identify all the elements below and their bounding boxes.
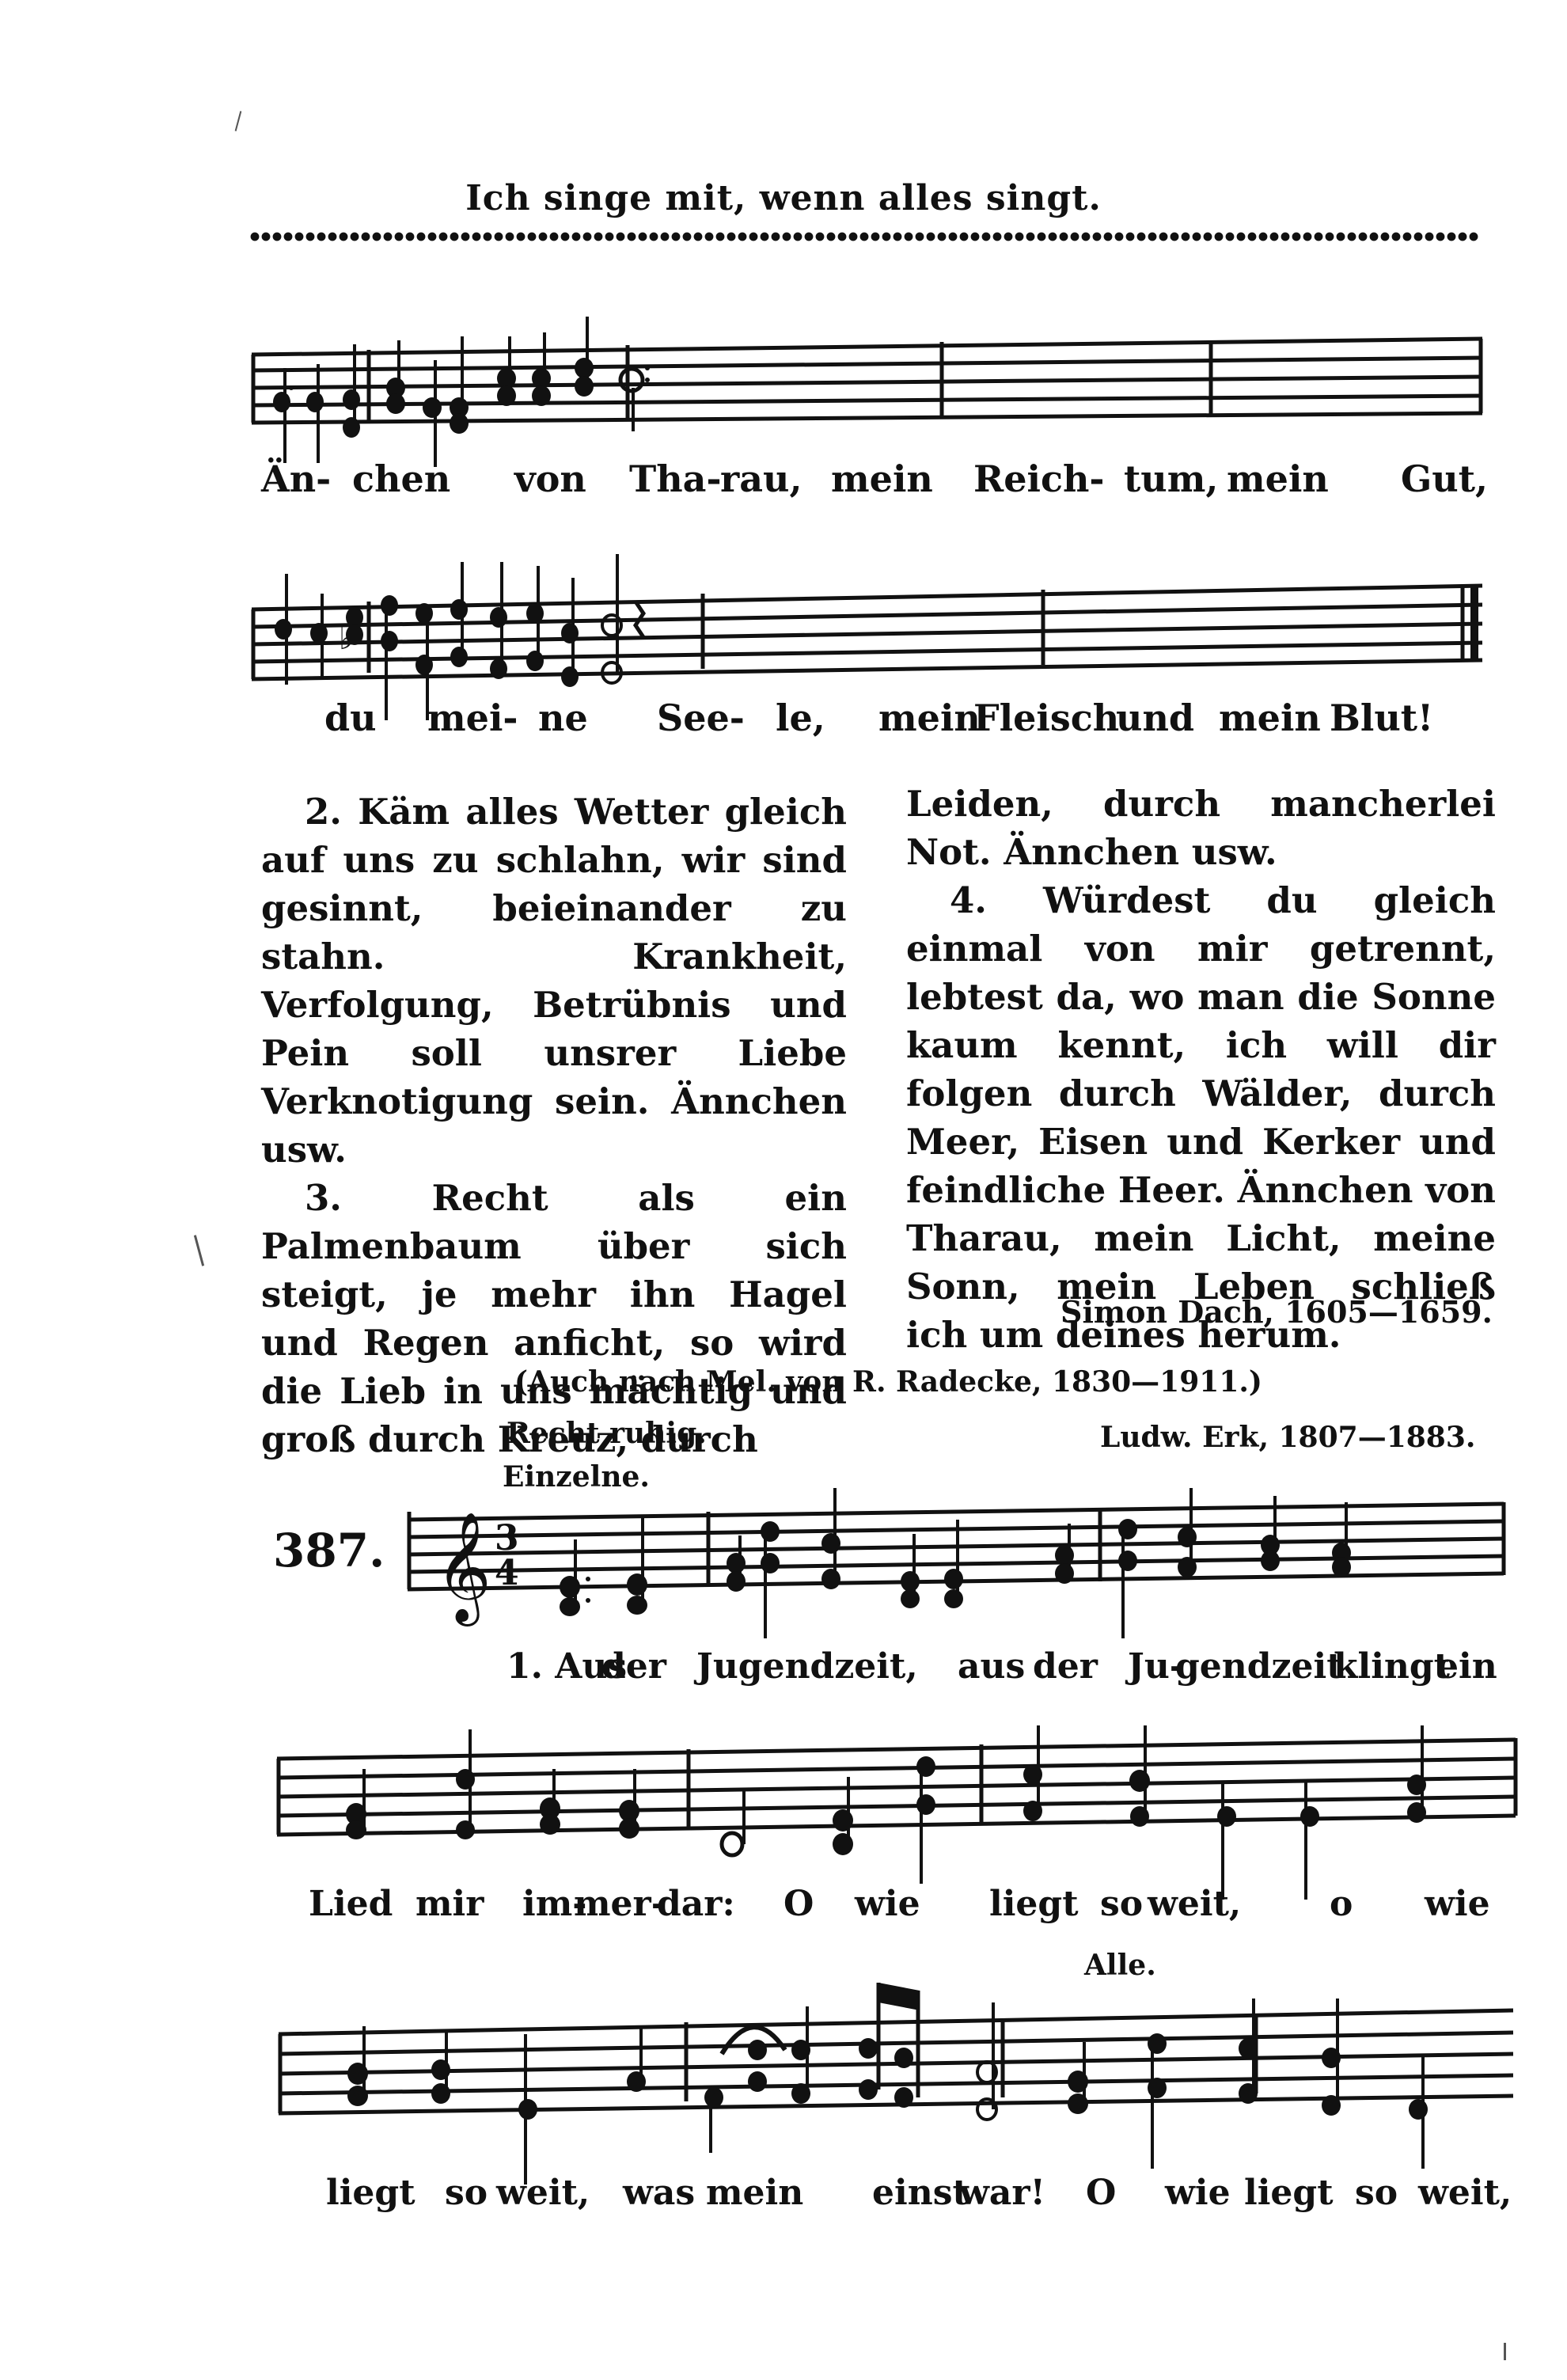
lyrics-387-line-1: 1. Aus der Jugendzeit, aus der Ju- gendz…: [507, 1646, 1520, 1694]
performance-instruction-all: Alle.: [1084, 1949, 1156, 1982]
lyric-syllable: war!: [959, 2173, 1045, 2213]
lyric-syllable: liegt: [1244, 2173, 1334, 2213]
lyric-syllable: einst: [872, 2173, 969, 2213]
tempo-marking: Recht ruhig.: [507, 1417, 707, 1450]
verse-text: Käm alles Wetter gleich auf uns zu schla…: [261, 791, 847, 1171]
page-header: Ich singe mit, wenn alles singt.: [0, 178, 1567, 218]
verse-4: 4. Würdest du gleich einmal von mir getr…: [906, 876, 1496, 1359]
music-staff-386-system-1: [252, 325, 1486, 451]
lyric-syllable: Lied: [309, 1884, 393, 1924]
dotted-divider: [249, 230, 1480, 244]
lyrics-387-line-2: Lied mir im- mer- dar: O wie liegt so we…: [309, 1884, 1527, 1931]
lyric-syllable: weit,: [1148, 1884, 1241, 1924]
lyric-syllable: tum,: [1124, 457, 1218, 500]
lyric-syllable: gendzeit: [1175, 1646, 1343, 1687]
lyric-syllable: Blut!: [1330, 697, 1433, 739]
lyrics-386-line-1: Än- chen von Tha- rau, mein Reich- tum, …: [261, 457, 1496, 505]
verse-number: 3.: [305, 1177, 342, 1219]
lyric-syllable: wie: [1165, 2173, 1231, 2213]
music-staff-387-system-2: [277, 1725, 1527, 1884]
lyric-syllable: ne: [538, 697, 588, 739]
lyric-syllable: Gut,: [1401, 457, 1488, 500]
lyric-syllable: See-: [657, 697, 745, 739]
lyric-syllable: mein: [1219, 697, 1321, 739]
lyric-syllable: so: [1355, 2173, 1398, 2213]
lyricist-attribution: Simon Dach, 1605—1659.: [1060, 1294, 1493, 1330]
alternate-melody-note: (Auch nach Mel. von R. Radecke, 1830—191…: [514, 1365, 1262, 1399]
music-staff-387-system-3: [279, 1979, 1545, 2161]
lyric-syllable: O: [1086, 2173, 1116, 2213]
lyric-syllable: mein: [878, 697, 981, 739]
lyric-syllable: aus: [958, 1646, 1025, 1687]
lyrics-387-line-3: liegt so weit, was mein einst war! O wie…: [326, 2173, 1545, 2220]
lyrics-386-line-2: du mei- ne See- le, mein Fleisch und mei…: [324, 697, 1512, 744]
music-staff-387-system-1: 𝄞 3 4: [408, 1488, 1516, 1638]
verse-3-continued: Leiden, durch mancherlei Not. Ännchen us…: [906, 780, 1496, 876]
lyric-syllable: von: [514, 457, 586, 500]
lyric-syllable: wie: [1425, 1884, 1490, 1924]
lyric-syllable: mir: [415, 1884, 484, 1924]
verse-number: 4.: [950, 879, 987, 921]
lyric-syllable: Fleisch: [973, 697, 1119, 739]
lyric-syllable: mei-: [427, 697, 518, 739]
verse-2: 2. Käm alles Wetter gleich auf uns zu sc…: [261, 788, 847, 1174]
lyric-syllable: liegt: [989, 1884, 1079, 1924]
verse-number: 2.: [305, 791, 342, 833]
verse-text: Leiden, durch mancherlei Not. Ännchen us…: [906, 783, 1496, 873]
lyric-syllable: liegt: [326, 2173, 415, 2213]
lyric-syllable: dar:: [657, 1884, 735, 1924]
song-number: 387.: [273, 1524, 385, 1577]
lyric-syllable: der: [1033, 1646, 1098, 1687]
lyric-syllable: was: [623, 2173, 695, 2213]
lyric-syllable: so: [1100, 1884, 1143, 1924]
lyric-syllable: Tha-: [629, 457, 722, 500]
lyric-syllable: Jugendzeit,: [696, 1646, 918, 1687]
lyric-syllable: du: [324, 697, 377, 739]
lyric-syllable: chen: [352, 457, 450, 500]
lyric-syllable: Än-: [261, 457, 331, 500]
svg-text:𝄞: 𝄞: [435, 1512, 491, 1627]
lyric-syllable: weit,: [1418, 2173, 1512, 2213]
lyric-syllable: der: [601, 1646, 666, 1687]
lyric-syllable: so: [445, 2173, 488, 2213]
lyric-syllable: ein: [1436, 1646, 1497, 1687]
svg-text:4: 4: [495, 1553, 519, 1593]
verse-text: Würdest du gleich einmal von mir getrenn…: [906, 879, 1496, 1356]
scan-artifact: [194, 1235, 204, 1266]
lyric-syllable: wie: [855, 1884, 920, 1924]
lyric-syllable: und: [1116, 697, 1194, 739]
composer-attribution: Ludw. Erk, 1807—1883.: [1100, 1421, 1475, 1454]
lyric-syllable: klingt: [1334, 1646, 1450, 1687]
lyric-syllable: le,: [776, 697, 825, 739]
lyric-syllable: mer-: [574, 1884, 666, 1924]
verses-right-column: Leiden, durch mancherlei Not. Ännchen us…: [906, 780, 1496, 1359]
verses-left-column: 2. Käm alles Wetter gleich auf uns zu sc…: [261, 788, 847, 1463]
scan-artifact: [235, 111, 242, 131]
lyric-syllable: mein: [706, 2173, 803, 2213]
scan-artifact: [1504, 2343, 1506, 2360]
lyric-syllable: mein: [831, 457, 933, 500]
lyric-syllable: rau,: [720, 457, 802, 500]
music-staff-386-system-2: ♭: [252, 546, 1486, 689]
lyric-syllable: Reich-: [973, 457, 1105, 500]
lyric-syllable: O: [783, 1884, 814, 1924]
lyric-syllable: mein: [1227, 457, 1329, 500]
lyric-syllable: weit,: [496, 2173, 590, 2213]
lyric-syllable: o: [1330, 1884, 1353, 1924]
